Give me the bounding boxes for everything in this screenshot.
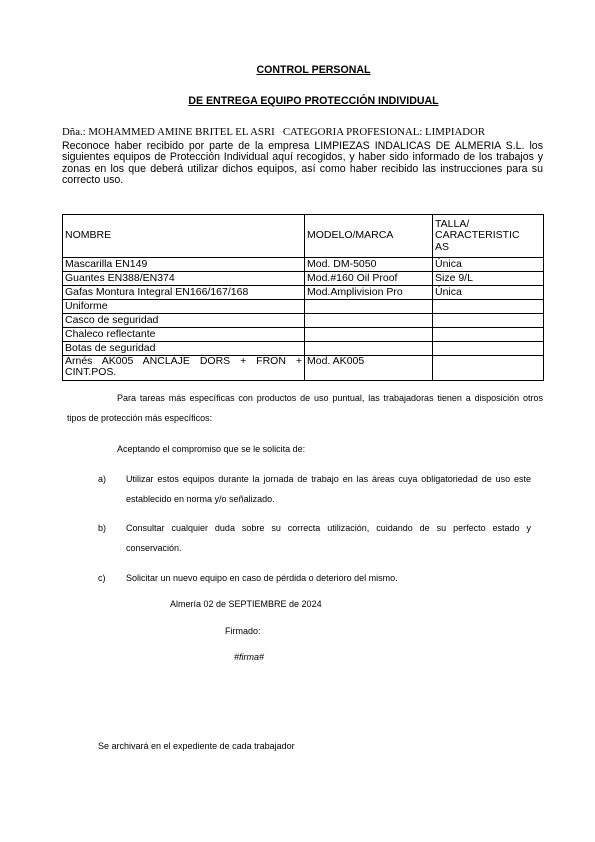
item-label: c) xyxy=(98,569,106,589)
place-date: Almería 02 de SEPTIEMBRE de 2024 xyxy=(170,599,322,609)
header-nombre: NOMBRE xyxy=(63,215,305,258)
signature-placeholder: #firma# xyxy=(234,652,264,662)
header-modelo: MODELO/MARCA xyxy=(305,215,433,258)
table-header-row: NOMBRE MODELO/MARCA TALLA/CARACTERISTICA… xyxy=(63,215,544,258)
cell-talla xyxy=(433,342,544,356)
signed-label: Firmado: xyxy=(225,626,261,636)
document-title: CONTROL PERSONAL xyxy=(16,64,595,76)
cell-modelo: Mod. DM-5050 xyxy=(305,258,433,272)
header-talla: TALLA/CARACTERISTICAS xyxy=(433,215,544,258)
cell-modelo: Mod. AK005 xyxy=(305,356,433,381)
cell-nombre: Arnés AK005 ANCLAJE DORS + FRON + CINT.P… xyxy=(63,356,305,381)
table-row: Botas de seguridad xyxy=(63,342,544,356)
item-text: Consultar cualquier duda sobre su correc… xyxy=(126,519,531,558)
cell-nombre: Mascarilla EN149 xyxy=(63,258,305,272)
item-text: Utilizar estos equipos durante la jornad… xyxy=(126,470,531,509)
cell-nombre: Gafas Montura Integral EN166/167/168 xyxy=(63,286,305,300)
cell-talla: Única xyxy=(433,286,544,300)
table-row: Mascarilla EN149Mod. DM-5050Única xyxy=(63,258,544,272)
item-text: Solicitar un nuevo equipo en caso de pér… xyxy=(126,569,531,589)
category-label: CATEGORIA PROFESIONAL: xyxy=(283,126,422,138)
cell-talla: Size 9/L xyxy=(433,272,544,286)
table-row: Arnés AK005 ANCLAJE DORS + FRON + CINT.P… xyxy=(63,356,544,381)
cell-nombre: Guantes EN388/EN374 xyxy=(63,272,305,286)
document-subtitle: DE ENTREGA EQUIPO PROTECCIÓN INDIVIDUAL xyxy=(16,95,595,107)
recipient-name: MOHAMMED AMINE BRITEL EL ASRI xyxy=(88,126,274,138)
category-value: LIMPIADOR xyxy=(425,126,485,138)
cell-talla: Única xyxy=(433,258,544,272)
cell-talla xyxy=(433,356,544,381)
cell-modelo xyxy=(305,300,433,314)
cell-talla xyxy=(433,314,544,328)
cell-talla xyxy=(433,328,544,342)
cell-modelo: Mod.#160 Oil Proof xyxy=(305,272,433,286)
cell-nombre: Casco de seguridad xyxy=(63,314,305,328)
item-label: b) xyxy=(98,519,106,539)
table-row: Chaleco reflectante xyxy=(63,328,544,342)
cell-nombre: Chaleco reflectante xyxy=(63,328,305,342)
recipient-line: Dña.: MOHAMMED AMINE BRITEL EL ASRI CATE… xyxy=(62,126,485,138)
commitment-intro: Aceptando el compromiso que se le solici… xyxy=(117,440,305,460)
intro-paragraph: Reconoce haber recibido por parte de la … xyxy=(62,141,543,187)
table-row: Gafas Montura Integral EN166/167/168Mod.… xyxy=(63,286,544,300)
table-row: Guantes EN388/EN374Mod.#160 Oil ProofSiz… xyxy=(63,272,544,286)
specific-protection-paragraph: Para tareas más específicas con producto… xyxy=(67,389,543,428)
archive-note: Se archivará en el expediente de cada tr… xyxy=(98,741,295,751)
recipient-label: Dña.: xyxy=(62,126,86,138)
cell-nombre: Uniforme xyxy=(63,300,305,314)
cell-modelo xyxy=(305,314,433,328)
ppe-table: NOMBRE MODELO/MARCA TALLA/CARACTERISTICA… xyxy=(62,214,544,381)
cell-talla xyxy=(433,300,544,314)
cell-modelo: Mod.Amplivision Pro xyxy=(305,286,433,300)
item-label: a) xyxy=(98,470,106,490)
table-row: Casco de seguridad xyxy=(63,314,544,328)
table-row: Uniforme xyxy=(63,300,544,314)
cell-modelo xyxy=(305,328,433,342)
cell-nombre: Botas de seguridad xyxy=(63,342,305,356)
cell-modelo xyxy=(305,342,433,356)
